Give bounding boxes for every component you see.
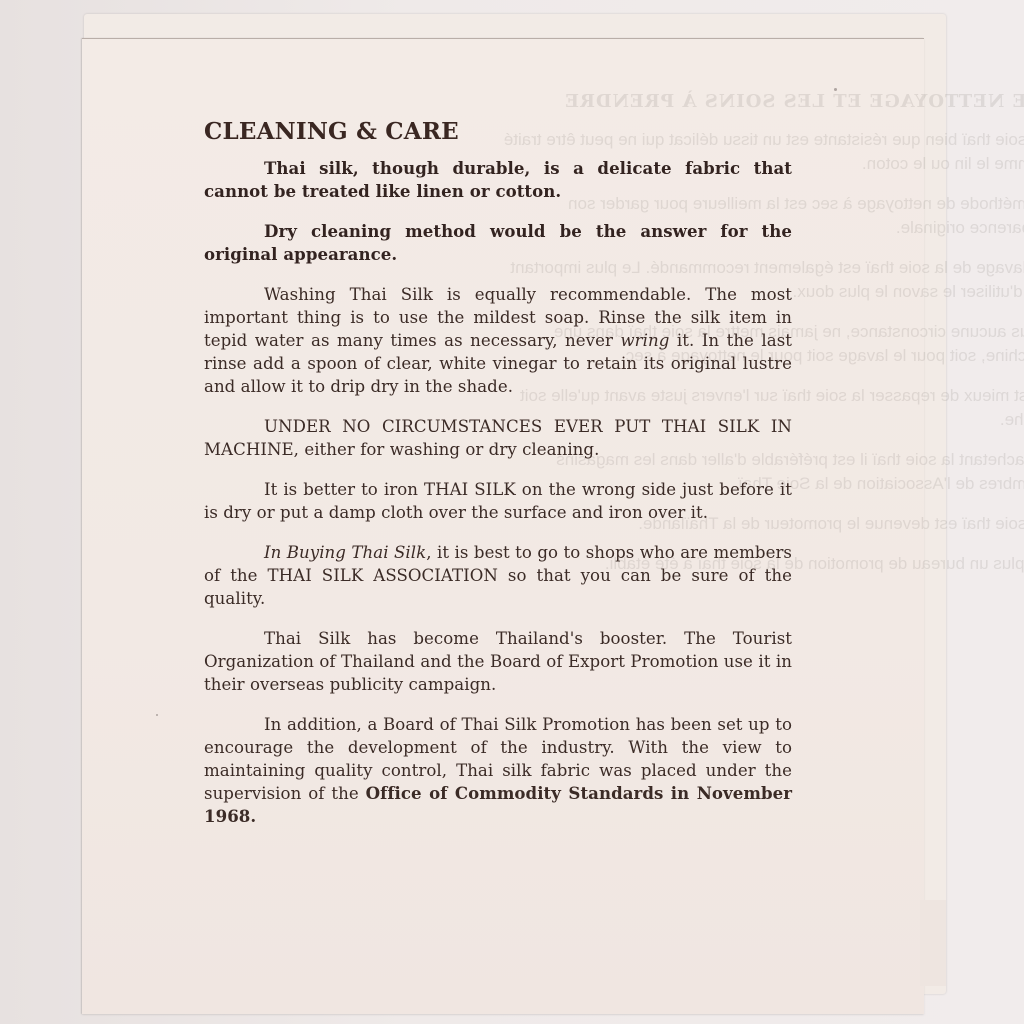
paragraph-machine-warning: UNDER NO CIRCUMSTANCES EVER PUT THAI SIL… — [204, 415, 792, 461]
paper-edge — [920, 900, 946, 986]
buying-emphasis: In Buying Thai Silk — [264, 543, 426, 562]
document-title: CLEANING & CARE — [204, 118, 792, 145]
paragraph-booster: Thai Silk has become Thailand's booster.… — [204, 627, 792, 696]
paper-speck — [156, 714, 158, 716]
paper-speck — [834, 88, 837, 91]
paragraph-buying: In Buying Thai Silk, it is best to go to… — [204, 541, 792, 610]
paragraph-ironing: It is better to iron THAI SILK on the wr… — [204, 478, 792, 524]
paragraph-dry-cleaning: Dry cleaning method would be the answer … — [204, 220, 792, 266]
paragraph-washing: Washing Thai Silk is equally recommendab… — [204, 283, 792, 398]
paragraph-promotion-board: In addition, a Board of Thai Silk Promot… — [204, 713, 792, 828]
document-body: CLEANING & CARE Thai silk, though durabl… — [204, 118, 792, 845]
paragraph-intro: Thai silk, though durable, is a delicate… — [204, 157, 792, 203]
washing-emphasis: wring — [620, 331, 669, 350]
